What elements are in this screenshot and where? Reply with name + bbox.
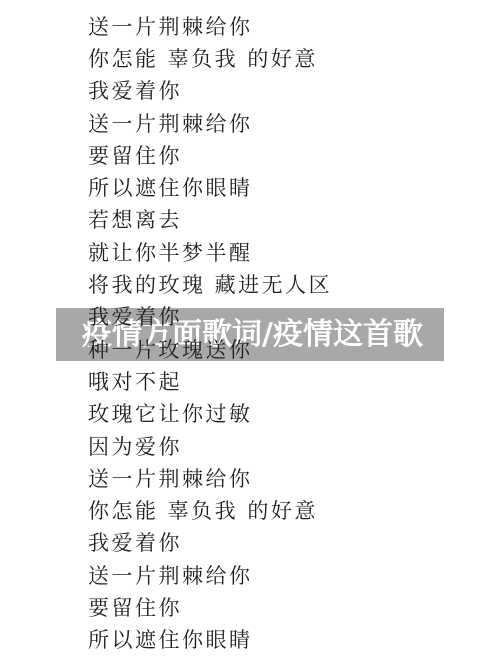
lyric-line: 若想离去 — [88, 205, 332, 237]
lyric-line: 所以遮住你眼睛 — [88, 172, 332, 204]
lyric-line: 送一片荆棘给你 — [88, 463, 332, 495]
lyric-line: 要留住你 — [88, 592, 332, 624]
lyric-line: 我爱着你 — [88, 528, 332, 560]
lyrics-list: 送一片荆棘给你你怎能 辜负我 的好意我爱着你送一片荆棘给你要留住你所以遮住你眼睛… — [88, 11, 332, 657]
lyric-line: 我爱着你 — [88, 76, 332, 108]
lyric-line: 要留住你 — [88, 140, 332, 172]
lyric-line: 玫瑰它让你过敏 — [88, 399, 332, 431]
lyric-line: 因为爱你 — [88, 431, 332, 463]
lyric-line: 送一片荆棘给你 — [88, 108, 332, 140]
lyric-line: 你怎能 辜负我 的好意 — [88, 495, 332, 527]
lyric-line: 所以遮住你眼睛 — [88, 625, 332, 657]
lyrics-page: 疫情方面歌词/疫情这首歌 送一片荆棘给你你怎能 辜负我 的好意我爱着你送一片荆棘… — [0, 0, 500, 666]
lyric-line: 送一片荆棘给你 — [88, 560, 332, 592]
lyric-line: 哦对不起 — [88, 366, 332, 398]
lyric-line: 我爱着你 — [88, 302, 332, 334]
lyric-line: 你怎能 辜负我 的好意 — [88, 43, 332, 75]
lyric-line: 将我的玫瑰 藏进无人区 — [88, 269, 332, 301]
lyric-line: 种一片玫瑰送你 — [88, 334, 332, 366]
lyric-line: 就让你半梦半醒 — [88, 237, 332, 269]
lyric-line: 送一片荆棘给你 — [88, 11, 332, 43]
